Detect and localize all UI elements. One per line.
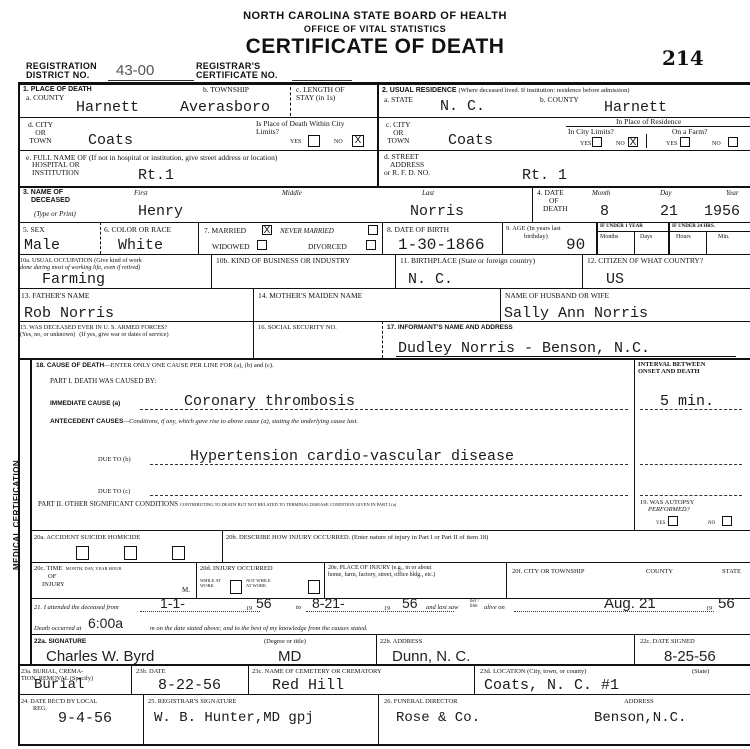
homicide-checkbox[interactable] bbox=[172, 546, 185, 560]
dob-label: 8. DATE OF BIRTH bbox=[387, 226, 449, 234]
hospital-value[interactable]: Rt.1 bbox=[138, 168, 174, 183]
immediate-interval-value[interactable]: 5 min. bbox=[660, 394, 714, 409]
death-time-value[interactable]: 6:00a bbox=[88, 615, 123, 631]
type-or-print-label: (Type or Print) bbox=[34, 210, 76, 218]
funeral-address-value[interactable]: Benson,N.C. bbox=[594, 711, 686, 726]
year-prefix-label: 19 bbox=[384, 605, 390, 613]
residence-state-value[interactable]: N. C. bbox=[440, 99, 485, 114]
residence-county-value[interactable]: Harnett bbox=[604, 100, 667, 115]
antecedent-label: ANTECEDENT CAUSES—Conditions, if any, wh… bbox=[50, 418, 358, 426]
under-1-year-label: IF UNDER 1 YEAR bbox=[600, 223, 643, 231]
in-place-of-residence-label: In Place of Residence bbox=[616, 118, 681, 126]
year-prefix-label: 19 bbox=[706, 605, 712, 613]
due-to-b-label: DUE TO (b) bbox=[98, 456, 131, 464]
not-while-at-work-checkbox[interactable] bbox=[308, 580, 320, 594]
to-label: to bbox=[296, 604, 301, 612]
occupation-label: 10a. USUAL OCCUPATION (Give kind of work… bbox=[20, 257, 142, 271]
attended-from-value[interactable]: 1-1- bbox=[160, 595, 185, 611]
death-month-value[interactable]: 8 bbox=[600, 204, 609, 219]
city-township-label: 20f. CITY OR TOWNSHIP bbox=[512, 568, 584, 576]
injury-county-label: COUNTY bbox=[646, 568, 673, 576]
sex-label: 5. SEX bbox=[23, 226, 45, 234]
cemetery-value[interactable]: Red Hill bbox=[272, 678, 344, 693]
in-city-limits-label: In City Limits? bbox=[568, 128, 614, 136]
accident-suicide-homicide-label: 20a. ACCIDENT SUICIDE HOMICIDE bbox=[34, 534, 140, 542]
within-limits-yes-checkbox[interactable] bbox=[308, 135, 320, 147]
citizen-value[interactable]: US bbox=[606, 272, 624, 287]
registration-district-value[interactable]: 43-00 bbox=[116, 62, 154, 79]
informant-value[interactable]: Dudley Norris - Benson, N.C. bbox=[398, 341, 650, 356]
city-limits-yes-checkbox[interactable] bbox=[592, 137, 602, 147]
part2-label: PART II. OTHER SIGNIFICANT CONDITIONS CO… bbox=[38, 500, 396, 509]
death-county-value[interactable]: Harnett bbox=[76, 100, 139, 115]
due-to-b-value[interactable]: Hypertension cardio-vascular disease bbox=[190, 449, 514, 464]
last-saw-date-value[interactable]: Aug. 21 bbox=[604, 595, 656, 612]
signature-label: 22a. SIGNATURE bbox=[34, 638, 86, 646]
alive-on-label: alive on bbox=[484, 604, 505, 612]
on-farm-label: On a Farm? bbox=[672, 128, 707, 136]
no-label: NO bbox=[616, 140, 625, 148]
armed-forces-label: 15. WAS DECEASED EVER IN U. S. ARMED FOR… bbox=[20, 324, 169, 338]
divorced-label: DIVORCED bbox=[308, 243, 347, 251]
first-label: First bbox=[134, 189, 148, 197]
race-value[interactable]: White bbox=[118, 238, 163, 253]
injury-state-label: STATE bbox=[722, 568, 741, 576]
location-value[interactable]: Coats, N. C. #1 bbox=[484, 678, 619, 693]
yes-label: YES bbox=[666, 140, 677, 148]
spouse-label: NAME OF HUSBAND OR WIFE bbox=[505, 292, 609, 300]
months-label: Months bbox=[600, 233, 618, 241]
township-label: b. TOWNSHIP bbox=[203, 86, 249, 94]
widowed-checkbox[interactable] bbox=[257, 240, 267, 250]
physician-signature-value[interactable]: Charles W. Byrd bbox=[46, 648, 154, 665]
within-limits-no-checkbox[interactable]: X bbox=[352, 135, 364, 147]
last-label: Last bbox=[422, 189, 434, 197]
autopsy-no-checkbox[interactable] bbox=[722, 516, 732, 526]
immediate-cause-label: IMMEDIATE CAUSE (a) bbox=[50, 400, 120, 408]
birthplace-value[interactable]: N. C. bbox=[408, 272, 453, 287]
never-married-checkbox[interactable] bbox=[368, 225, 378, 235]
agency-name: NORTH CAROLINA STATE BOARD OF HEALTH bbox=[0, 10, 750, 22]
last-name-value[interactable]: Norris bbox=[410, 204, 464, 219]
physician-address-value[interactable]: Dunn, N. C. bbox=[392, 648, 470, 665]
deceased-name-label: 3. NAME OF DECEASED bbox=[23, 189, 70, 205]
days-label: Days bbox=[640, 233, 652, 241]
registrar-certificate-label: REGISTRAR'S CERTIFICATE NO. bbox=[196, 62, 278, 80]
death-year-value[interactable]: 1956 bbox=[704, 204, 740, 219]
her-him-label: her / him bbox=[470, 599, 480, 609]
widowed-label: WIDOWED bbox=[212, 243, 250, 251]
burial-date-label: 23b. DATE bbox=[136, 668, 166, 676]
day-label: Day bbox=[660, 189, 672, 197]
degree-value[interactable]: MD bbox=[278, 648, 301, 665]
residence-state-label: a. STATE bbox=[384, 96, 413, 104]
divorced-checkbox[interactable] bbox=[366, 240, 376, 250]
month-label: Month bbox=[592, 189, 610, 197]
due-to-c-label: DUE TO (c) bbox=[98, 488, 130, 496]
year-prefix-label: 19 bbox=[246, 605, 252, 613]
location-state-label: (State) bbox=[692, 668, 709, 676]
year-label: Year bbox=[726, 189, 739, 197]
dob-value[interactable]: 1-30-1866 bbox=[398, 238, 484, 253]
hours-label: Hours bbox=[676, 233, 691, 241]
within-limits-label: Is Place of Death Within City Limits? bbox=[256, 120, 345, 136]
autopsy-label: 19. WAS AUTOPSY PERFORMED? bbox=[640, 499, 694, 513]
ssn-label: 16. SOCIAL SECURITY NO. bbox=[258, 324, 337, 332]
describe-injury-label: 20b. DESCRIBE HOW INJURY OCCURRED. (Ente… bbox=[226, 534, 488, 542]
never-married-label: NEVER MARRIED bbox=[280, 227, 334, 235]
street-label: d. STREET ADDRESS or R. F. D. NO. bbox=[384, 153, 430, 177]
time-meridiem-label: M. bbox=[182, 586, 190, 594]
last-saw-label: and last saw bbox=[426, 604, 459, 612]
no-label: NO bbox=[708, 520, 715, 528]
certificate-number: 214 bbox=[662, 46, 704, 70]
suicide-checkbox[interactable] bbox=[124, 546, 137, 560]
no-label: NO bbox=[334, 138, 343, 146]
attended-to-value[interactable]: 8-21- bbox=[312, 595, 345, 611]
registration-district-label: REGISTRATION DISTRICT NO. bbox=[26, 62, 97, 80]
part1-label: PART I. DEATH WAS CAUSED BY: bbox=[50, 377, 156, 385]
business-label: 10b. KIND OF BUSINESS OR INDUSTRY bbox=[216, 257, 350, 265]
married-label: 7. MARRIED bbox=[204, 227, 246, 235]
first-name-value[interactable]: Henry bbox=[138, 204, 183, 219]
sex-value[interactable]: Male bbox=[24, 238, 60, 253]
address-label: 22b. ADDRESS bbox=[380, 638, 422, 646]
interval-label: INTERVAL BETWEEN ONSET AND DEATH bbox=[638, 361, 705, 375]
last-saw-year-value[interactable]: 56 bbox=[718, 595, 735, 612]
occupation-value[interactable]: Farming bbox=[42, 272, 105, 287]
while-at-work-label: WHILE AT WORK bbox=[200, 578, 222, 588]
location-label: 23d. LOCATION (City, town, or county) bbox=[480, 668, 586, 676]
death-township-value[interactable]: Averasboro bbox=[180, 100, 270, 115]
injury-occurred-label: 20d. INJURY OCCURRED bbox=[200, 565, 273, 573]
date-signed-value[interactable]: 8-25-56 bbox=[664, 648, 716, 665]
citizen-label: 12. CITIZEN OF WHAT COUNTRY? bbox=[587, 257, 703, 265]
farm-no-checkbox[interactable] bbox=[728, 137, 738, 147]
birthplace-label: 11. BIRTHPLACE (State or foreign country… bbox=[400, 257, 535, 265]
farm-yes-checkbox[interactable] bbox=[680, 137, 690, 147]
yes-label: YES bbox=[656, 520, 665, 528]
age-value[interactable]: 90 bbox=[566, 238, 585, 253]
date-received-value[interactable]: 9-4-56 bbox=[58, 711, 112, 726]
no-label: NO bbox=[712, 140, 721, 148]
death-day-value[interactable]: 21 bbox=[660, 204, 678, 219]
residence-county-label: b. COUNTY bbox=[540, 96, 579, 104]
city-label: d. CITY OR TOWN bbox=[28, 121, 53, 145]
office-name: OFFICE OF VITAL STATISTICS bbox=[0, 24, 750, 34]
degree-label: (Degree or title) bbox=[264, 638, 306, 646]
married-checkbox[interactable]: X bbox=[262, 225, 272, 235]
medical-certification-label: MEDICAL CERTIFICATION bbox=[12, 460, 21, 570]
death-occurred-note: m on the date stated above; and to the b… bbox=[150, 625, 368, 633]
burial-value[interactable]: Burial bbox=[34, 678, 84, 693]
cause-of-death-label: 18. CAUSE OF DEATH—ENTER ONLY ONE CAUSE … bbox=[36, 362, 274, 370]
cemetery-label: 23c. NAME OF CEMETERY OR CREMATORY bbox=[252, 668, 382, 676]
mother-label: 14. MOTHER'S MAIDEN NAME bbox=[258, 292, 362, 300]
attended-to-year-value[interactable]: 56 bbox=[402, 595, 418, 611]
funeral-director-value[interactable]: Rose & Co. bbox=[396, 711, 480, 726]
funeral-director-label: 26. FUNERAL DIRECTOR bbox=[384, 698, 458, 706]
informant-label: 17. INFORMANT'S NAME AND ADDRESS bbox=[387, 324, 513, 332]
accident-checkbox[interactable] bbox=[76, 546, 89, 560]
document-title: CERTIFICATE OF DEATH bbox=[0, 35, 750, 59]
funeral-address-label: ADDRESS bbox=[624, 698, 654, 706]
immediate-cause-value[interactable]: Coronary thrombosis bbox=[184, 394, 355, 409]
usual-residence-label: 2. USUAL RESIDENCE (Where deceased lived… bbox=[382, 86, 630, 95]
residence-city-label: c. CITY OR TOWN bbox=[386, 121, 411, 145]
autopsy-yes-checkbox[interactable] bbox=[668, 516, 678, 526]
death-occurred-label: Death occurred at bbox=[34, 625, 81, 633]
hospital-label-2: HOSPITAL OR INSTITUTION bbox=[32, 161, 80, 177]
min-label: Min. bbox=[718, 233, 730, 241]
age-label: 9. AGE (In years last birthday) bbox=[506, 225, 561, 241]
death-city-value[interactable]: Coats bbox=[88, 133, 133, 148]
attended-label: 21. I attended the deceased from bbox=[34, 604, 119, 612]
registrar-signature-value[interactable]: W. B. Hunter,MD gpj bbox=[154, 711, 314, 726]
father-value[interactable]: Rob Norris bbox=[24, 306, 114, 321]
registrar-signature-label: 25. REGISTRAR'S SIGNATURE bbox=[148, 698, 236, 706]
time-of-injury-label: 20c. TIME MONTH, DAY, YEAR HOUR OF INJUR… bbox=[34, 565, 121, 589]
place-of-injury-label: 20e. PLACE OF INJURY (e.g., in or about … bbox=[328, 565, 435, 579]
length-of-stay-label: c. LENGTH OF STAY (in 1s) bbox=[296, 86, 345, 102]
while-at-work-checkbox[interactable] bbox=[230, 580, 242, 594]
race-label: 6. COLOR OR RACE bbox=[104, 226, 171, 234]
city-limits-no-checkbox[interactable]: X bbox=[628, 137, 638, 147]
residence-street-value[interactable]: Rt. 1 bbox=[522, 168, 567, 183]
county-label: a. COUNTY bbox=[26, 94, 64, 102]
spouse-value[interactable]: Sally Ann Norris bbox=[504, 306, 648, 321]
attended-from-year-value[interactable]: 56 bbox=[256, 595, 272, 611]
residence-city-value[interactable]: Coats bbox=[448, 133, 493, 148]
yes-label: YES bbox=[290, 138, 301, 146]
date-of-death-label: 4. DATE OF DEATH bbox=[537, 189, 568, 213]
under-24-hrs-label: IF UNDER 24 HRS. bbox=[672, 223, 715, 231]
father-label: 13. FATHER'S NAME bbox=[21, 292, 90, 300]
middle-label: Middle bbox=[282, 189, 302, 197]
not-while-at-work-label: NOT WHILE AT WORK bbox=[246, 578, 276, 588]
date-signed-label: 22c. DATE SIGNED bbox=[640, 638, 695, 646]
yes-label: YES bbox=[580, 140, 591, 148]
burial-date-value[interactable]: 8-22-56 bbox=[158, 678, 221, 693]
